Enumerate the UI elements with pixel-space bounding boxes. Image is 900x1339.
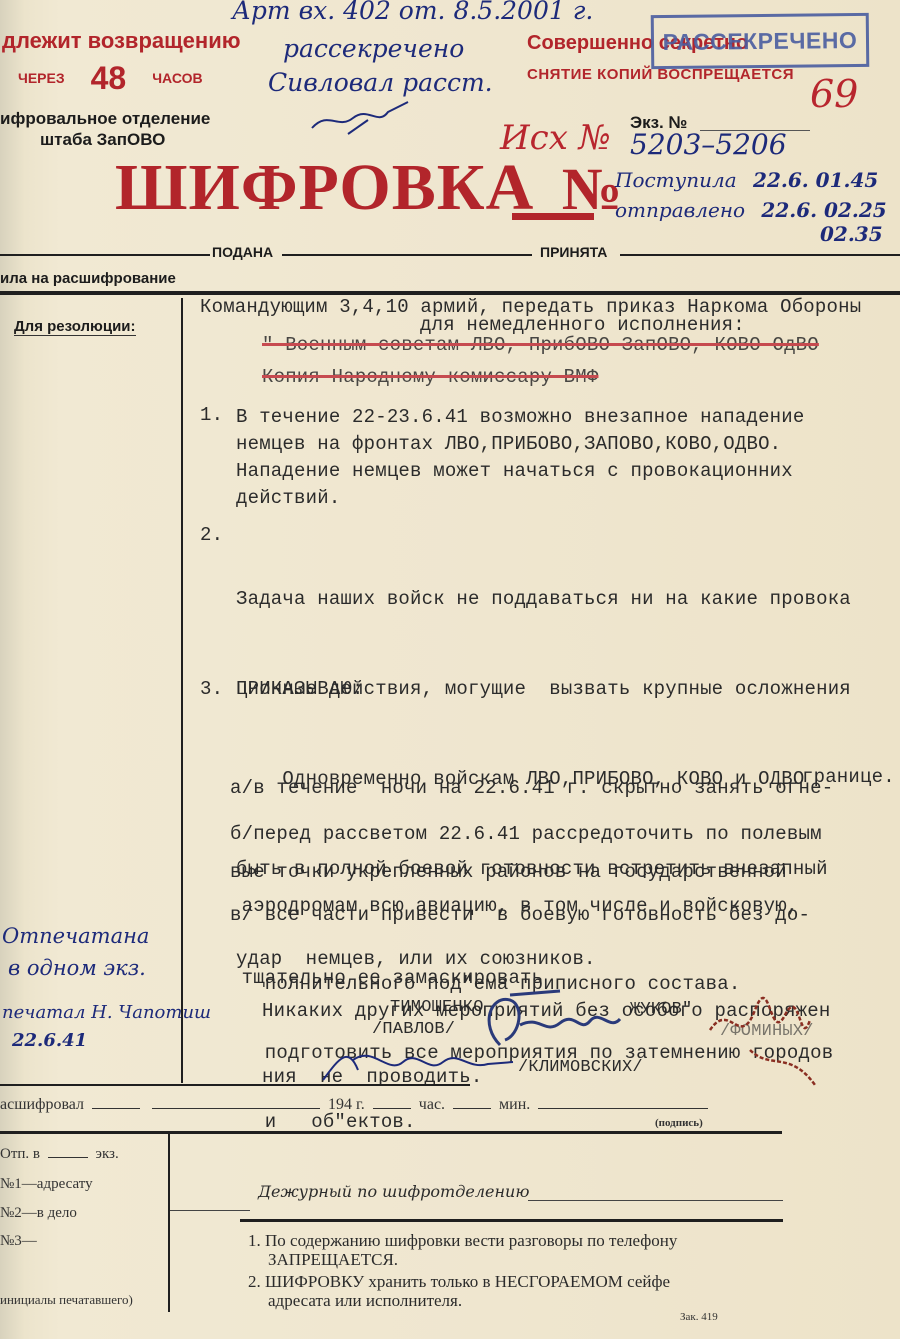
department-line2: штаба ЗапОВО	[0, 129, 210, 150]
copy-1: №1—адресату	[0, 1176, 93, 1193]
return-prefix: ЧЕРЕЗ	[18, 70, 65, 86]
p1-line: Нападение немцев может начаться с провок…	[236, 458, 805, 485]
note-1-number: 1.	[248, 1231, 261, 1250]
copy-3: №3—	[0, 1233, 37, 1250]
order-b-line: б/перед рассветом 22.6.41 рассредоточить…	[230, 822, 822, 846]
number-blank	[512, 213, 594, 220]
sent-label: отправлено	[615, 198, 745, 222]
archive-note-line1: Арт вх. 402 от. 8.5.2001 г.	[232, 0, 593, 25]
sent-extra: 02.35	[820, 222, 883, 246]
p1-line: действий.	[236, 485, 805, 512]
margin-note-line1: Отпечатана	[2, 924, 149, 948]
declassified-stamp: РАССЕКРЕЧЕНО	[651, 13, 870, 69]
note-1-text2: ЗАПРЕЩАЕТСЯ.	[248, 1250, 677, 1269]
note-2-text2: адресата или исполнителя.	[248, 1291, 670, 1310]
archive-signature-icon	[308, 100, 418, 140]
order-c-line: в/ все части привести в боевую готовност…	[230, 904, 833, 927]
return-suffix: ЧАСОВ	[152, 70, 202, 86]
copy-prohibited: СНЯТИЕ КОПИЙ ВОСПРЕЩАЕТСЯ	[527, 66, 794, 83]
sent: отправлено 22.6. 02.25	[615, 198, 887, 222]
struck-addressees: " Военным советам ЛВО, ПрибОВО ЗапОВО, К…	[262, 334, 819, 356]
return-notice: длежит возвращению	[2, 28, 241, 54]
margin-note-line2: в одном экз.	[8, 956, 146, 980]
copy-2: №2—в дело	[0, 1205, 77, 1222]
decrypted-label: асшифровал	[0, 1096, 84, 1113]
decrypted-row: асшифровал 194 г. час. мин.	[0, 1096, 708, 1114]
department-line1: ифровальное отделение	[0, 108, 210, 129]
paragraph-1: В течение 22-23.6.41 возможно внезапное …	[236, 404, 805, 512]
signature-caption: (подпись)	[655, 1117, 703, 1129]
year-prefix: 194	[328, 1096, 352, 1113]
for-decryption-label: ила на расшифрование	[0, 270, 176, 287]
paragraph-3-heading: ПРИКАЗЫВАЮ:	[236, 678, 364, 700]
p2-line: Задача наших войск не поддаваться ни на …	[236, 584, 851, 614]
printed-label: Отп. в	[0, 1146, 40, 1162]
received-label: Поступила	[615, 168, 737, 192]
paragraph-2-number: 2.	[200, 524, 223, 546]
duty-officer-label: Дежурный по шифротделению	[258, 1182, 529, 1201]
department: ифровальное отделение штаба ЗапОВО	[0, 108, 210, 150]
p1-line: В течение 22-23.6.41 возможно внезапное …	[236, 404, 805, 431]
paragraph-3-number: 3.	[200, 678, 223, 700]
p1-line: немцев на фронтах ЛВО,ПРИБОВО,ЗАПОВО,КОВ…	[236, 431, 805, 458]
copies-suffix: экз.	[96, 1146, 119, 1162]
struck-copy: Копия Народному комиссару ВМФ	[262, 366, 598, 388]
return-hours: 48	[91, 60, 127, 96]
addressee-line2: для немедленного исполнения:	[420, 314, 745, 336]
copy-numbers: 5203–5206	[630, 128, 787, 161]
order-number: Зак. 419	[680, 1311, 718, 1323]
minute-label: мин.	[499, 1096, 530, 1113]
margin-note-line4: 22.6.41	[12, 1030, 87, 1051]
title-text: ШИФРОВКА	[115, 151, 534, 224]
paragraph-1-number: 1.	[200, 404, 223, 426]
submitted-label: ПОДАНА	[212, 244, 273, 260]
fominykh-signature-icon	[700, 990, 830, 1090]
printed-copies: Отп. в экз.	[0, 1146, 119, 1163]
note-2: 2. ШИФРОВКУ хранить только в НЕСГОРАЕМОМ…	[248, 1272, 670, 1310]
received: Поступила 22.6. 01.45	[615, 168, 878, 192]
received-value: 22.6. 01.45	[753, 168, 878, 192]
note-1: 1. По содержанию шифровки вести разговор…	[248, 1231, 677, 1269]
resolution-label: Для резолюции:	[14, 318, 136, 336]
margin-note-line3: печатал Н. Чапотиш	[2, 1002, 211, 1023]
typist-caption: инициалы печатавшего)	[0, 1292, 133, 1308]
note-2-number: 2.	[248, 1272, 261, 1291]
page-number: 69	[810, 72, 858, 116]
accepted-label: ПРИНЯТА	[540, 244, 607, 260]
year-suffix: г.	[356, 1096, 365, 1113]
sent-value: 22.6. 02.25	[761, 198, 886, 222]
archive-note-line2: рассекречено	[283, 34, 464, 63]
klimovskikh-signature-icon	[318, 1040, 518, 1085]
signatory-klimovskikh: /КЛИМОВСКИХ/	[518, 1058, 643, 1077]
hour-label: час.	[419, 1096, 445, 1113]
return-deadline: ЧЕРЕЗ48ЧАСОВ	[18, 60, 203, 97]
note-1-text: По содержанию шифровки вести разговоры п…	[265, 1231, 677, 1250]
note-2-text: ШИФРОВКУ хранить только в НЕСГОРАЕМОМ се…	[265, 1272, 670, 1291]
archive-note-line3: Сивловал расст.	[268, 68, 493, 97]
signatory-pavlov: /ПАВЛОВ/	[372, 1020, 455, 1039]
